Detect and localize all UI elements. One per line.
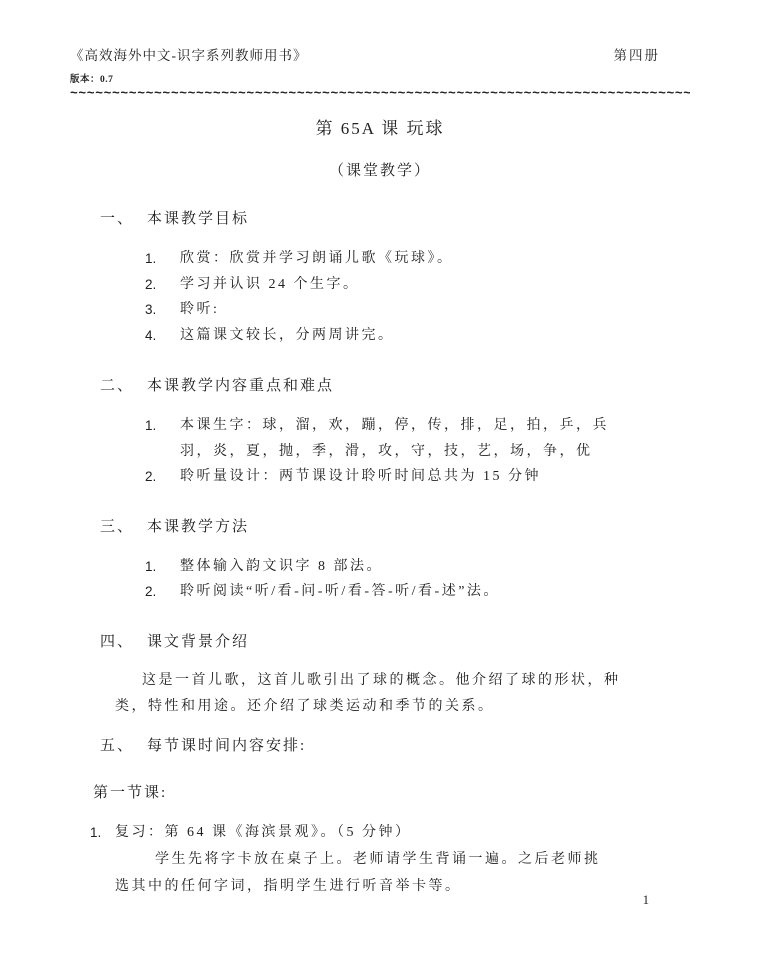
lesson-period-label: 第一节课: — [93, 781, 690, 802]
section-heading-3: 三、本课教学方法 — [100, 515, 690, 536]
item-text: 本课生字：球，溜，欢，蹦，停，传，排，足，拍，乒，兵 羽，炎，夏，抛，季，滑，攻… — [180, 413, 609, 464]
item-text: 聆听阅读“听/看-问-听/看-答-听/看-述”法。 — [180, 579, 500, 605]
section-number: 三、 — [100, 515, 147, 536]
book-title: 《高效海外中文-识字系列教师用书》 — [70, 44, 308, 64]
item-number: 1. — [90, 819, 115, 900]
list-item: 3. 聆听: — [145, 297, 690, 323]
lesson-line-1: 复习：第 64 课《海滨景观》。（5 分钟） — [115, 819, 601, 846]
item-text: 欣赏：欣赏并学习朗诵儿歌《玩球》。 — [180, 246, 454, 272]
lesson-step-body: 复习：第 64 课《海滨景观》。（5 分钟） 学生先将字卡放在桌子上。老师请学生… — [115, 819, 601, 900]
section-number: 一、 — [100, 207, 147, 228]
section-number: 五、 — [100, 734, 147, 755]
version-label: 版本：0.7 — [70, 71, 690, 85]
item-number: 1. — [145, 554, 180, 580]
section-number: 二、 — [100, 374, 147, 395]
volume-label: 第四册 — [614, 44, 661, 64]
section-title: 本课教学内容重点和难点 — [147, 378, 334, 394]
item-number: 4. — [145, 323, 180, 349]
section-title: 课文背景介绍 — [147, 634, 249, 650]
section-title: 每节课时间内容安排: — [147, 738, 306, 754]
item-text: 这篇课文较长，分两周讲完。 — [180, 323, 395, 349]
tilde-divider: ~~~~~~~~~~~~~~~~~~~~~~~~~~~~~~~~~~~~~~~~… — [70, 87, 690, 103]
section-number: 四、 — [100, 630, 147, 651]
section-3-list: 1. 整体输入韵文识字 8 部法。 2. 聆听阅读“听/看-问-听/看-答-听/… — [70, 554, 690, 605]
item-number: 2. — [145, 272, 180, 298]
paragraph-line-1: 这是一首儿歌，这首儿歌引出了球的概念。他介绍了球的形状，种 — [115, 668, 693, 694]
vocab-line-2: 羽，炎，夏，抛，季，滑，攻，守，技，艺，场，争，优 — [180, 439, 609, 465]
page-header: 《高效海外中文-识字系列教师用书》 第四册 — [70, 44, 690, 64]
document-page: 《高效海外中文-识字系列教师用书》 第四册 版本：0.7 ~~~~~~~~~~~… — [0, 0, 757, 979]
lesson-step-1: 1. 复习：第 64 课《海滨景观》。（5 分钟） 学生先将字卡放在桌子上。老师… — [90, 819, 690, 900]
section-heading-2: 二、本课教学内容重点和难点 — [100, 374, 690, 395]
item-text: 学习并认识 24 个生字。 — [180, 272, 360, 298]
lesson-subtitle: （课堂教学） — [70, 159, 690, 180]
list-item: 1. 本课生字：球，溜，欢，蹦，停，传，排，足，拍，乒，兵 羽，炎，夏，抛，季，… — [145, 413, 690, 464]
lesson-line-2: 学生先将字卡放在桌子上。老师请学生背诵一遍。之后老师挑 — [115, 846, 601, 873]
list-item: 1. 整体输入韵文识字 8 部法。 — [145, 554, 690, 580]
paragraph-line-2: 类，特性和用途。还介绍了球类运动和季节的关系。 — [115, 694, 693, 720]
section-heading-1: 一、本课教学目标 — [100, 207, 690, 228]
list-item: 2. 聆听阅读“听/看-问-听/看-答-听/看-述”法。 — [145, 579, 690, 605]
vocab-line-1: 本课生字：球，溜，欢，蹦，停，传，排，足，拍，乒，兵 — [180, 413, 609, 439]
item-number: 2. — [145, 464, 180, 490]
background-paragraph: 这是一首儿歌，这首儿歌引出了球的概念。他介绍了球的形状，种 类，特性和用途。还介… — [115, 668, 693, 720]
item-text: 整体输入韵文识字 8 部法。 — [180, 554, 383, 580]
item-text: 聆听: — [180, 297, 219, 323]
section-title: 本课教学目标 — [147, 211, 249, 227]
list-item: 2. 学习并认识 24 个生字。 — [145, 272, 690, 298]
page-number: 1 — [643, 893, 649, 908]
lesson-line-3: 选其中的任何字词，指明学生进行听音举卡等。 — [115, 873, 601, 900]
item-number: 1. — [145, 413, 180, 464]
section-title: 本课教学方法 — [147, 519, 249, 535]
item-text: 聆听量设计：两节课设计聆听时间总共为 15 分钟 — [180, 464, 541, 490]
section-2-list: 1. 本课生字：球，溜，欢，蹦，停，传，排，足，拍，乒，兵 羽，炎，夏，抛，季，… — [70, 413, 690, 490]
item-number: 3. — [145, 297, 180, 323]
section-heading-5: 五、每节课时间内容安排: — [100, 734, 690, 755]
list-item: 2. 聆听量设计：两节课设计聆听时间总共为 15 分钟 — [145, 464, 690, 490]
item-number: 2. — [145, 579, 180, 605]
list-item: 4. 这篇课文较长，分两周讲完。 — [145, 323, 690, 349]
section-1-list: 1. 欣赏：欣赏并学习朗诵儿歌《玩球》。 2. 学习并认识 24 个生字。 3.… — [70, 246, 690, 348]
lesson-title: 第 65A 课 玩球 — [70, 114, 690, 139]
section-heading-4: 四、课文背景介绍 — [100, 630, 690, 651]
list-item: 1. 欣赏：欣赏并学习朗诵儿歌《玩球》。 — [145, 246, 690, 272]
item-number: 1. — [145, 246, 180, 272]
